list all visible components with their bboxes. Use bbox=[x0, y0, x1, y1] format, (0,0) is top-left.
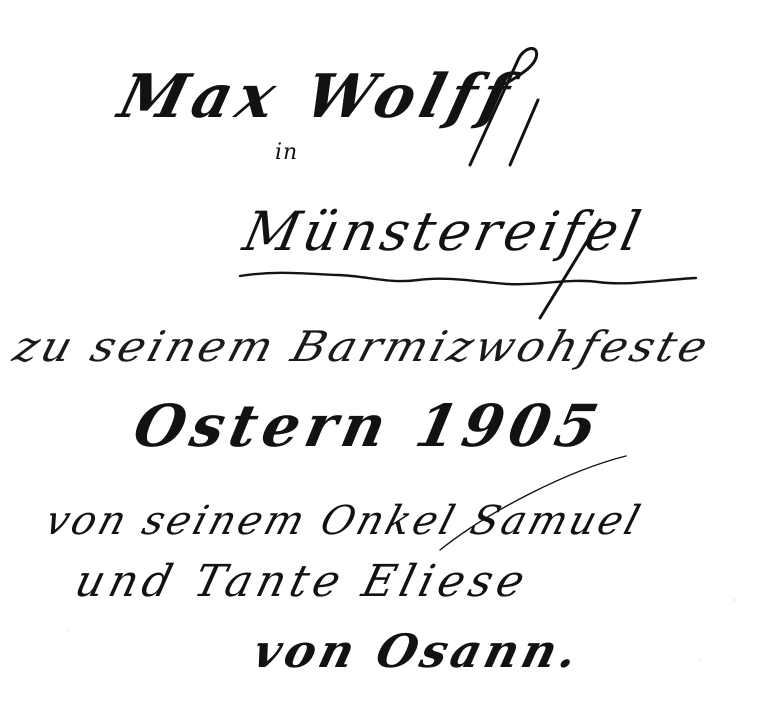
occasion-line: zu seinem Barmizwohfeste bbox=[8, 322, 716, 371]
from-line: von seinem Onkel Samuel bbox=[40, 498, 648, 544]
date-text: Ostern 1905 bbox=[128, 392, 610, 460]
recipient-town-text: Münstereifel bbox=[238, 200, 650, 263]
and-line: und Tante Eliese bbox=[70, 556, 535, 607]
family-line-text: von Osann. bbox=[248, 624, 587, 678]
wavy-underline bbox=[238, 266, 698, 290]
date-line: Ostern 1905 bbox=[128, 392, 610, 460]
recipient-name: Max Wolff bbox=[112, 62, 522, 132]
recipient-town: Münstereifel bbox=[238, 200, 650, 263]
document-page: Max Wolff in Münstereifel zu seinem Barm… bbox=[0, 0, 760, 717]
family-line: von Osann. bbox=[248, 624, 587, 678]
recipient-name-text: Max Wolff bbox=[112, 62, 522, 132]
preposition-in: in bbox=[275, 140, 298, 165]
